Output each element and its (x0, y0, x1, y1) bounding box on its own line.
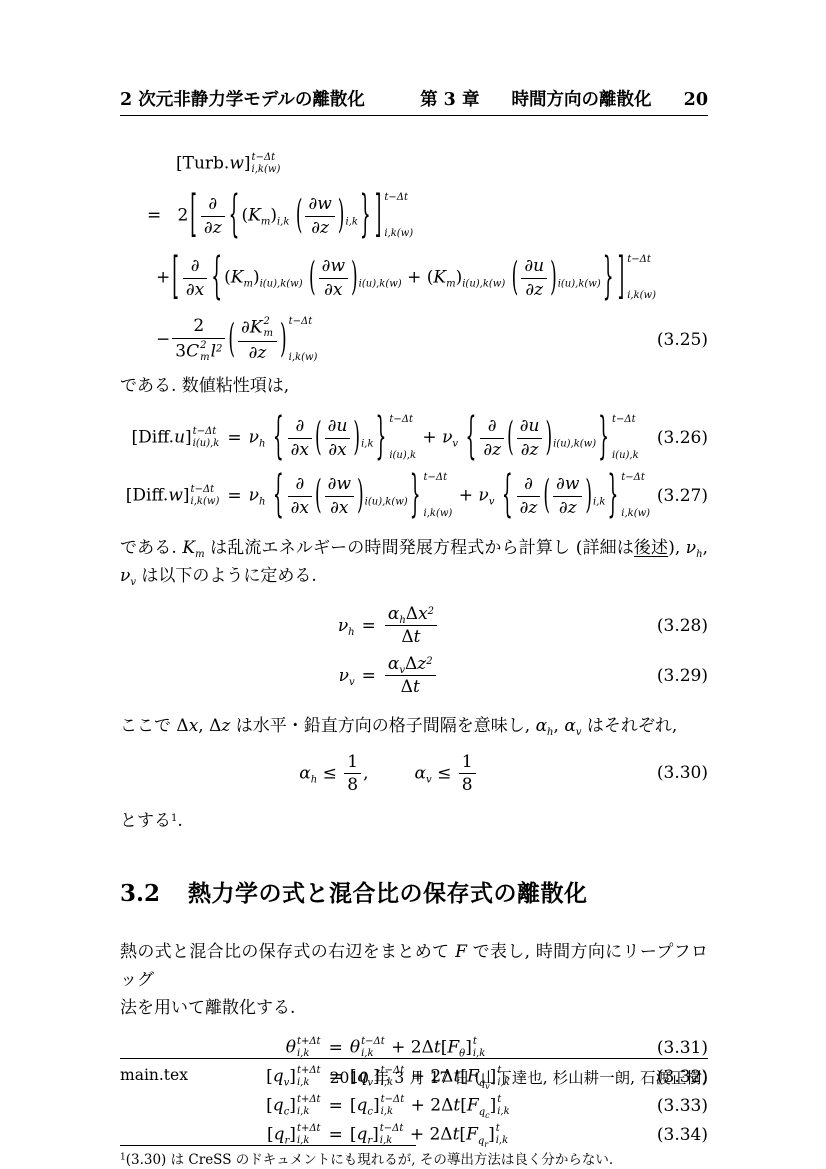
equation-3-34-lhs: [qr]t+Δti,k (267, 1123, 322, 1147)
equation-3-33-rel: = (322, 1096, 350, 1116)
equation-3-31-lhs: θt+Δti,k (286, 1036, 322, 1060)
equation-number-3-29: (3.29) (657, 666, 708, 686)
equation-3-27-rel: = (220, 486, 248, 506)
header-chapter-block: 第 3 章 時間方向の離散化 20 (420, 86, 708, 111)
equation-3-34-rhs: [qr]t−Δti,k + 2Δt[Fqr]ti,k (350, 1123, 509, 1147)
section-title: 熱力学の式と混合比の保存式の離散化 (188, 881, 588, 907)
equation-3-26-rhs: νh {∂∂x(∂u∂x)i,k}t−Δti(u),k + νv {∂∂z(∂u… (249, 414, 640, 462)
footnote-rule (120, 1145, 416, 1146)
page-header: 2 次元非静力学モデルの離散化 第 3 章 時間方向の離散化 20 (120, 0, 708, 116)
section-heading-3-2: 3.2熱力学の式と混合比の保存式の離散化 (120, 875, 708, 908)
footer-filename: main.tex (120, 1066, 188, 1088)
page-number: 20 (684, 90, 708, 110)
header-chapter: 第 3 章 (420, 86, 479, 111)
footnote-text: 1(3.30) は CreSS のドキュメントにも現れるが, その導出方法は良く… (120, 1150, 708, 1169)
section-number: 3.2 (120, 880, 160, 907)
equation-3-31-rhs: θt−Δti,k + 2Δt[Fθ]ti,k (350, 1036, 486, 1060)
paragraph-tosuru: とする1. (120, 807, 708, 835)
equation-3-25-block: [Turb.w]t−Δti,k(w) = 2[∂∂z{(Km)i,k (∂w∂z… (120, 152, 708, 364)
equation-number-3-31: (3.31) (657, 1038, 708, 1058)
equation-number-3-34: (3.34) (657, 1125, 708, 1145)
equation-3-31-rel: = (322, 1038, 350, 1058)
equations-3-26-3-27: [Diff.u]t−Δti(u),k = νh {∂∂x(∂u∂x)i,k}t−… (120, 414, 708, 520)
equation-3-28-rel: = (355, 616, 383, 636)
equation-number-3-27: (3.27) (657, 486, 708, 506)
equation-3-27-rhs: νh {∂∂x(∂w∂x)i(u),k(w)}t−Δti,k(w) + νv {… (249, 472, 651, 520)
equation-3-28-rhs: αhΔx2Δt (383, 604, 439, 648)
equations-3-31-3-34: θt+Δti,k = θt−Δti,k + 2Δt[Fθ]ti,k (3.31)… (120, 1036, 708, 1147)
header-rule (120, 115, 708, 116)
equation-3-30-body: αh ≤ 18,αv ≤ 18 (299, 752, 477, 796)
header-chapter-title: 時間方向の離散化 (512, 86, 652, 111)
equation-3-29-rel: = (355, 666, 383, 686)
equation-3-26-rel: = (220, 428, 248, 448)
equation-number-3-28: (3.28) (657, 616, 708, 636)
equation-3-25-line-1: [Turb.w]t−Δti,k(w) (176, 152, 708, 182)
equation-3-33-rhs: [qc]t−Δti,k + 2Δt[Fqc]ti,k (350, 1094, 511, 1118)
equation-3-26-lhs: [Diff.u]t−Δti(u),k (132, 426, 221, 450)
equation-3-25-line-2: = 2[∂∂z{(Km)i,k (∂w∂z)i,k}]t−Δti,k(w) (147, 192, 708, 240)
equation-number-3-30: (3.30) (657, 763, 708, 783)
equation-3-29-lhs: νv (339, 666, 355, 686)
equation-3-33-lhs: [qc]t+Δti,k (266, 1094, 321, 1118)
page-footer: main.tex 2010 年 3 月 17 日 (山下達也, 杉山耕一朗, 石… (120, 1058, 708, 1088)
equation-3-27-lhs: [Diff.w]t−Δti,k(w) (126, 484, 221, 508)
footer-date-authors: 2010 年 3 月 17 日 (山下達也, 杉山耕一朗, 石渡正樹) (330, 1066, 708, 1088)
equation-number-3-33: (3.33) (657, 1096, 708, 1116)
equation-3-30: αh ≤ 18,αv ≤ 18 (3.30) (120, 752, 708, 796)
equation-3-25-line-4: −23C2ml2(∂K2m∂z)t−Δti,k(w) (156, 316, 318, 364)
equation-3-28-lhs: νh (338, 616, 355, 636)
paragraph-after-3-25: である. 数値粘性項は, (120, 372, 708, 400)
section-intro-paragraph: 熱の式と混合比の保存式の右辺をまとめて F で表し, 時間方向にリープフロッグ法… (120, 938, 708, 1022)
paragraph-after-3-29: ここで Δx, Δz は水平・鉛直方向の格子間隔を意味し, αh, αv はそれ… (120, 712, 708, 740)
equation-3-29-rhs: αvΔz2Δt (383, 654, 438, 698)
equation-3-34-rel: = (322, 1125, 350, 1145)
equation-3-25-line-3: +[∂∂x{(Km)i(u),k(w) (∂w∂x)i(u),k(w) + (K… (156, 254, 708, 302)
document-page: 2 次元非静力学モデルの離散化 第 3 章 時間方向の離散化 20 [Turb.… (0, 0, 826, 1169)
equation-number-3-25: (3.25) (657, 330, 708, 350)
equation-number-3-26: (3.26) (657, 428, 708, 448)
equations-3-28-3-29: νh = αhΔx2Δt (3.28) νv = αvΔz2Δt (3.29) (120, 604, 708, 698)
paragraph-after-3-27: である. Km は乱流エネルギーの時間発展方程式から計算し (詳細は後述), ν… (120, 534, 708, 590)
header-running-title: 2 次元非静力学モデルの離散化 (120, 86, 365, 111)
